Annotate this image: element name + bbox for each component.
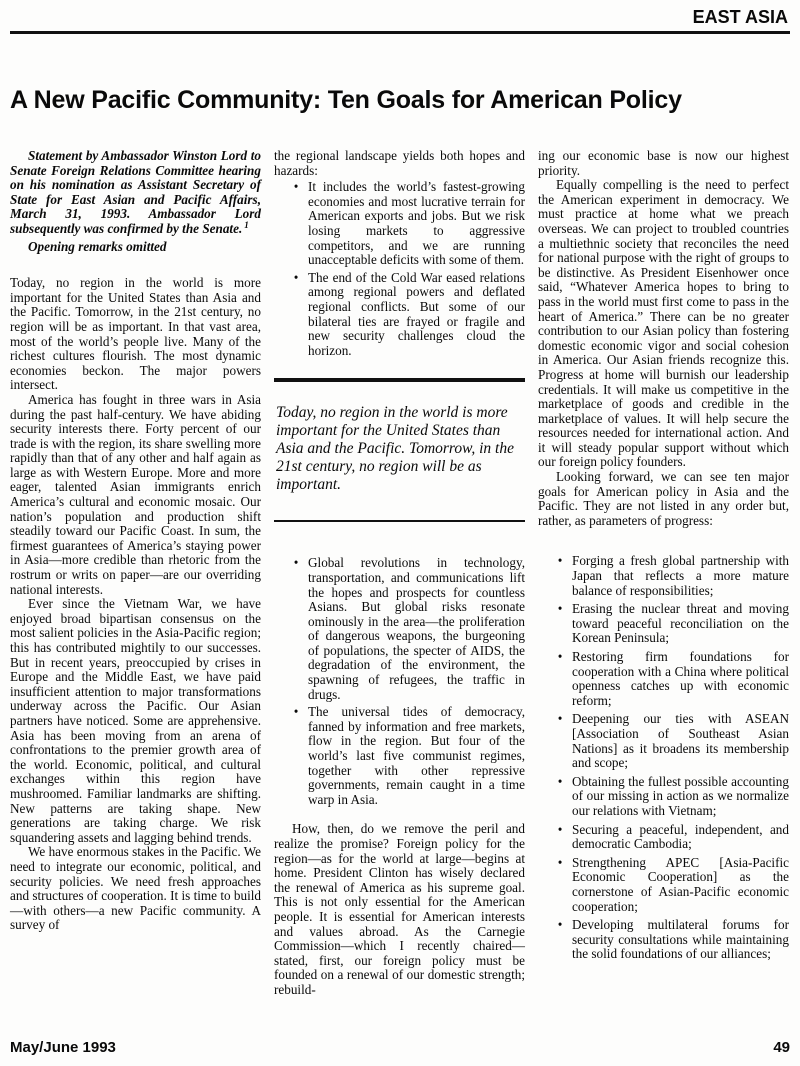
- magazine-page: EAST ASIA A New Pacific Community: Ten G…: [0, 0, 800, 1066]
- bullet-icon: •: [548, 602, 572, 646]
- statement-text: Statement by Ambassador Winston Lord to …: [10, 148, 261, 236]
- list-item: • Deepening our ties with ASEAN [Associa…: [548, 712, 789, 770]
- footnote-reference: 1: [244, 220, 249, 230]
- page-footer: May/June 1993 49: [10, 1039, 790, 1056]
- goal-text: Restoring firm foundations for cooperati…: [572, 650, 789, 708]
- list-item-text: It includes the world’s fastest-growing …: [308, 180, 525, 268]
- list-item: • The universal tides of democracy, fann…: [284, 705, 525, 807]
- bullet-icon: •: [548, 650, 572, 708]
- paragraph: Equally compelling is the need to perfec…: [538, 178, 789, 470]
- paragraph: Looking forward, we can see ten major go…: [538, 470, 789, 528]
- paragraph: Today, no region in the world is more im…: [10, 276, 261, 393]
- list-item-text: The universal tides of democracy, fanned…: [308, 705, 525, 807]
- statement-block: Statement by Ambassador Winston Lord to …: [10, 149, 261, 237]
- section-label: EAST ASIA: [10, 6, 790, 28]
- list-item: • It includes the world’s fastest-growin…: [284, 180, 525, 268]
- list-item: • Securing a peaceful, independent, and …: [548, 823, 789, 852]
- opening-remarks-note: Opening remarks omitted: [10, 240, 261, 255]
- bullet-icon: •: [548, 856, 572, 914]
- paragraph: Ever since the Vietnam War, we have enjo…: [10, 597, 261, 845]
- goal-text: Securing a peaceful, independent, and de…: [572, 823, 789, 852]
- column-2: the regional landscape yields both hopes…: [274, 149, 525, 998]
- bullet-icon: •: [548, 712, 572, 770]
- list-item: • Global revolutions in technology, tran…: [284, 556, 525, 702]
- list-item-text: Global revolutions in technology, transp…: [308, 556, 525, 702]
- goal-text: Forging a fresh global partnership with …: [572, 554, 789, 598]
- bullet-icon: •: [284, 271, 308, 359]
- paragraph-continuation: the regional landscape yields both hopes…: [274, 149, 525, 178]
- column-1: Statement by Ambassador Winston Lord to …: [10, 149, 261, 998]
- list-item: • Restoring firm foundations for coopera…: [548, 650, 789, 708]
- header-rule: [10, 31, 790, 34]
- bullet-icon: •: [548, 823, 572, 852]
- list-item: • Erasing the nuclear threat and moving …: [548, 602, 789, 646]
- bullet-icon: •: [284, 556, 308, 702]
- bullet-icon: •: [548, 554, 572, 598]
- article-body: Statement by Ambassador Winston Lord to …: [10, 149, 790, 998]
- list-item: • Obtaining the fullest possible account…: [548, 775, 789, 819]
- list-item: • Strengthening APEC [Asia-Pacific Econo…: [548, 856, 789, 914]
- goal-text: Strengthening APEC [Asia-Pacific Economi…: [572, 856, 789, 914]
- bullet-icon: •: [284, 705, 308, 807]
- goals-list: • Forging a fresh global partnership wit…: [538, 554, 789, 961]
- goal-text: Erasing the nuclear threat and moving to…: [572, 602, 789, 646]
- column-3: ing our economic base is now our highest…: [538, 149, 789, 998]
- bullet-icon: •: [548, 775, 572, 819]
- list-item: • The end of the Cold War eased relation…: [284, 271, 525, 359]
- list-item: • Forging a fresh global partnership wit…: [548, 554, 789, 598]
- goal-text: Obtaining the fullest possible accountin…: [572, 775, 789, 819]
- goal-text: Developing multilateral forums for secur…: [572, 918, 789, 962]
- bullet-icon: •: [548, 918, 572, 962]
- bullet-icon: •: [284, 180, 308, 268]
- goal-text: Deepening our ties with ASEAN [Associati…: [572, 712, 789, 770]
- paragraph: We have enormous stakes in the Pacific. …: [10, 845, 261, 933]
- paragraph: America has fought in three wars in Asia…: [10, 393, 261, 597]
- paragraph: How, then, do we remove the peril and re…: [274, 822, 525, 997]
- pull-quote-text: Today, no region in the world is more im…: [276, 404, 523, 494]
- paragraph-continuation: ing our economic base is now our highest…: [538, 149, 789, 178]
- list-item: • Developing multilateral forums for sec…: [548, 918, 789, 962]
- pull-quote: Today, no region in the world is more im…: [274, 378, 525, 522]
- article-title: A New Pacific Community: Ten Goals for A…: [10, 86, 790, 114]
- list-item-text: The end of the Cold War eased relations …: [308, 271, 525, 359]
- page-number: 49: [773, 1039, 790, 1056]
- issue-date: May/June 1993: [10, 1039, 116, 1056]
